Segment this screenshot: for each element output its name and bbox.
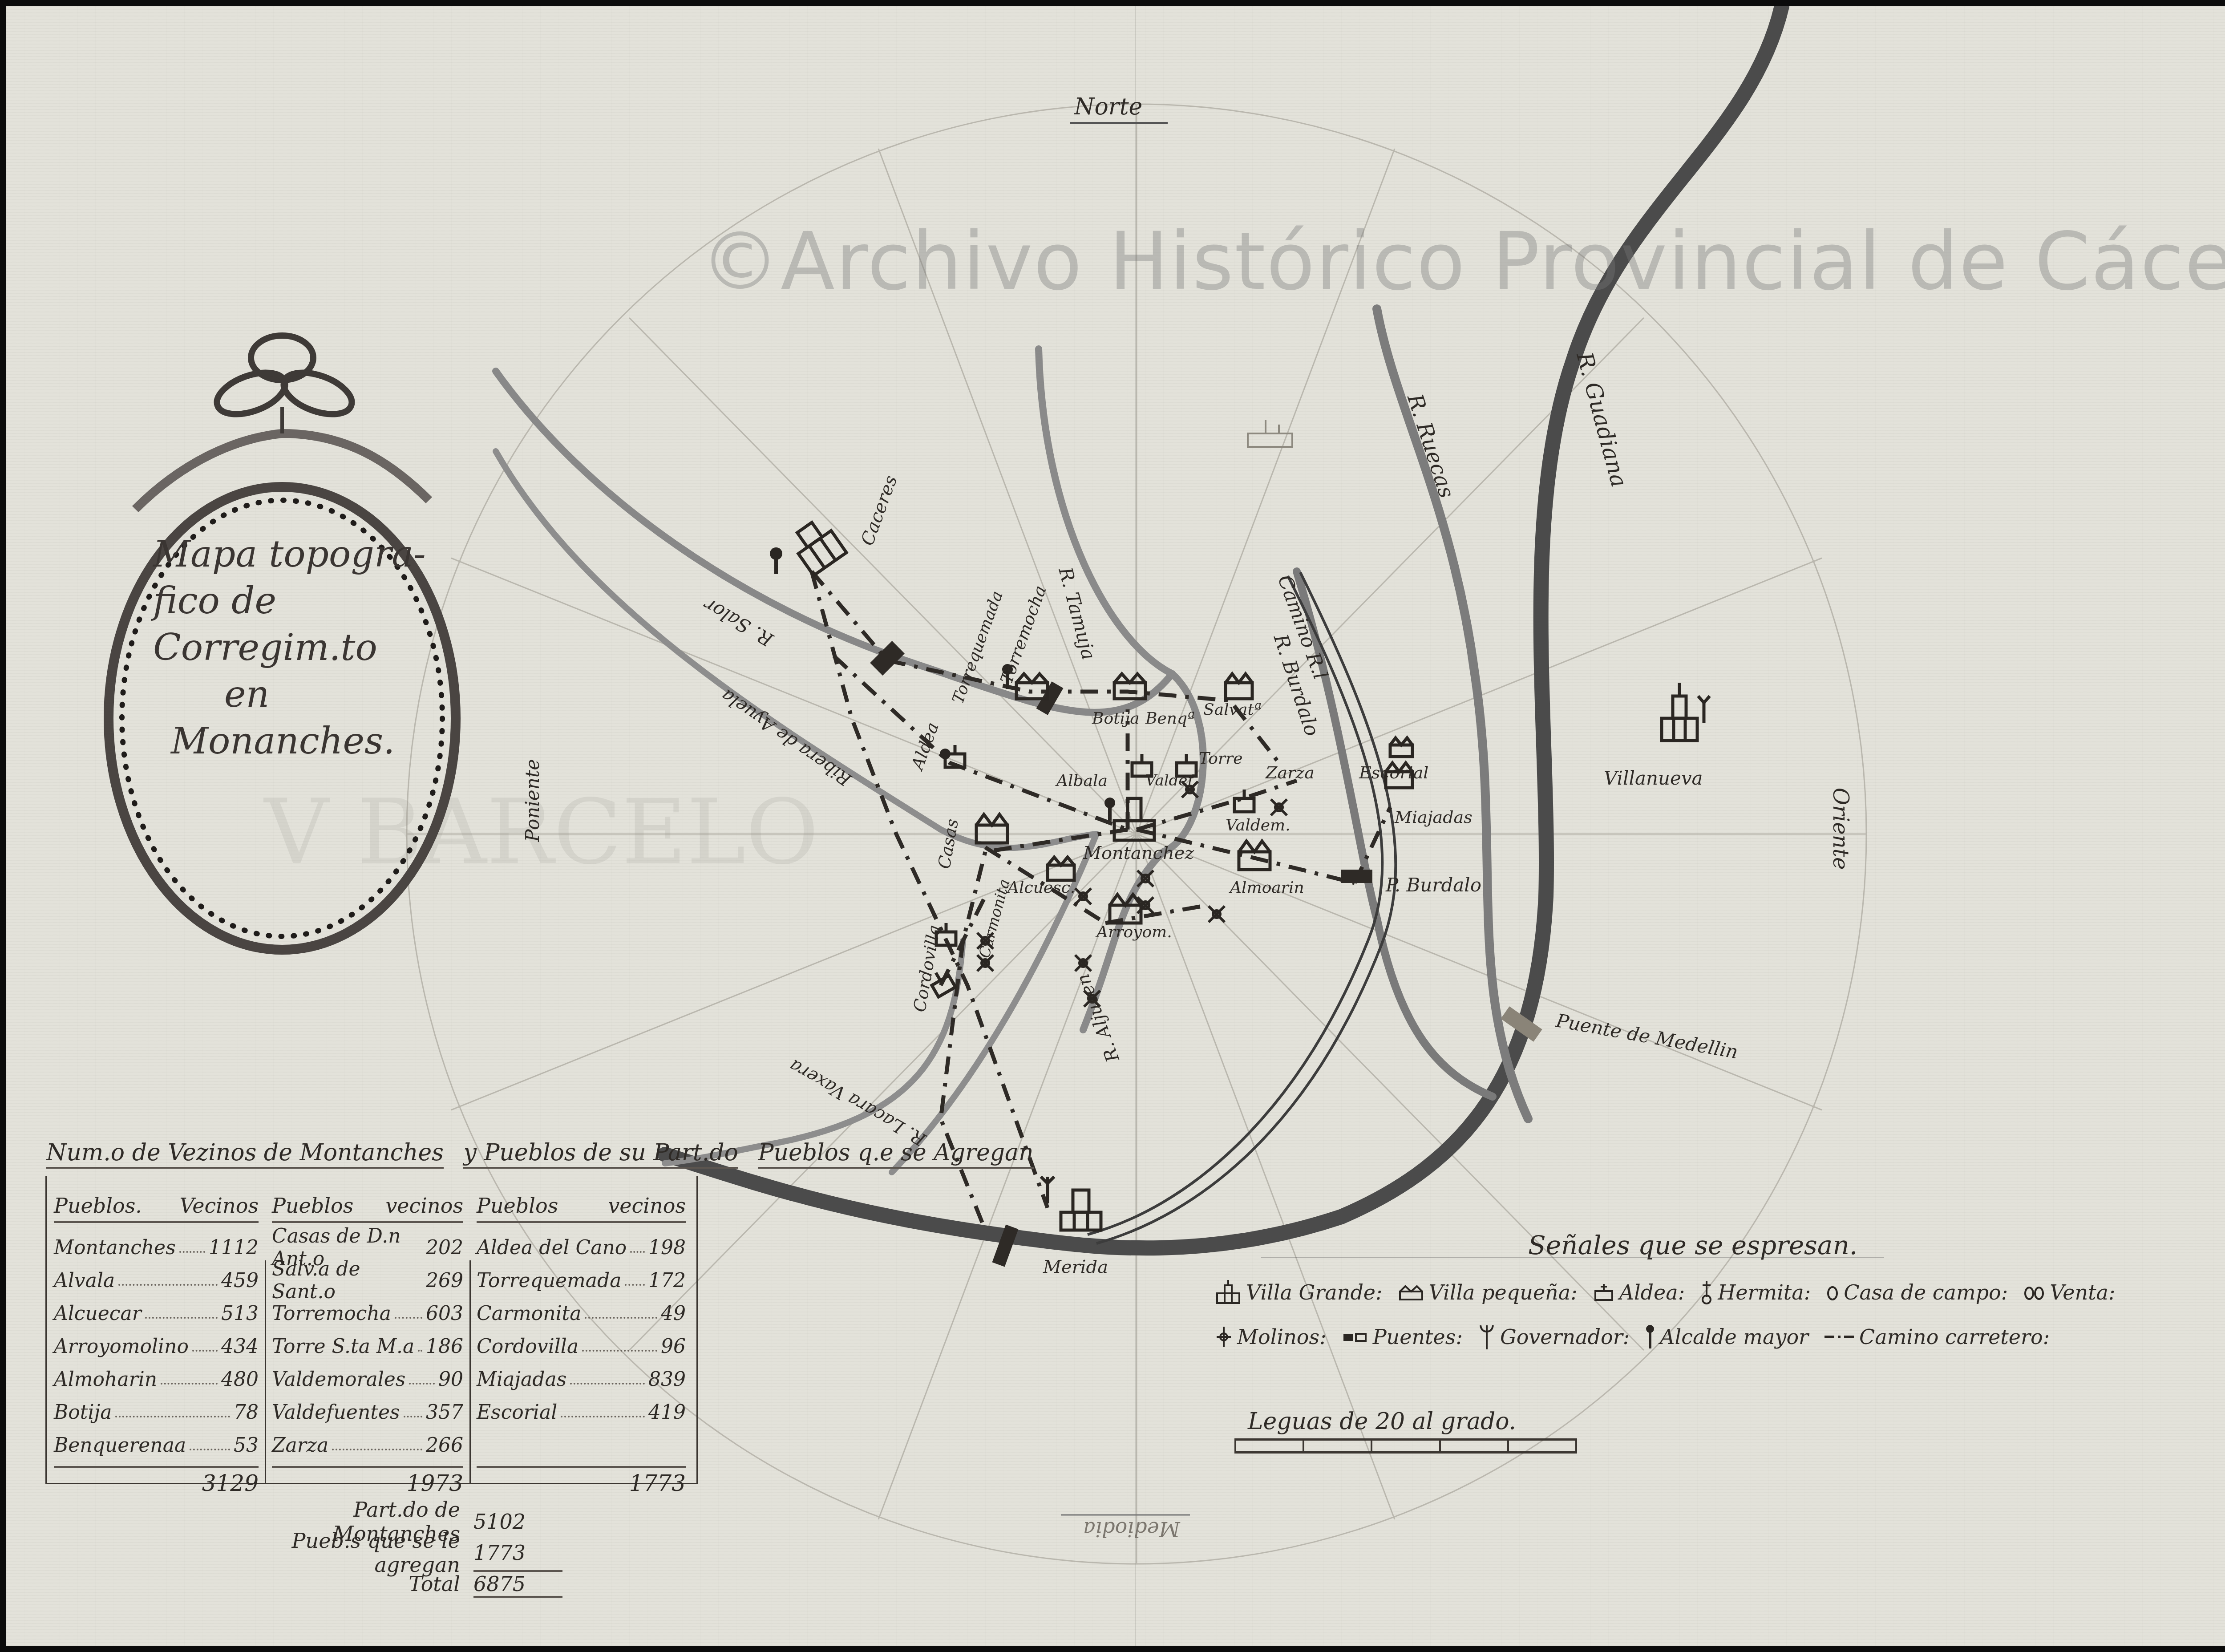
place-alcuescar: Alcuesc. bbox=[1007, 879, 1075, 897]
legend-title: Señales que se espresan. bbox=[1528, 1230, 1857, 1260]
row-value: 357 bbox=[426, 1401, 463, 1424]
summary-value: 1773 bbox=[473, 1541, 562, 1565]
molino-icon bbox=[1215, 1326, 1233, 1348]
row-name: Botija bbox=[54, 1401, 112, 1424]
heading-partido: y Pueblos de su Part.do bbox=[463, 1139, 738, 1169]
row-value: 480 bbox=[221, 1368, 259, 1391]
map-sheet: V BARCELO bbox=[6, 6, 2225, 1646]
row-value: 96 bbox=[661, 1335, 686, 1358]
header-vecinos: vecinos bbox=[385, 1194, 463, 1218]
place-benquerencia: Benqª bbox=[1145, 709, 1195, 728]
column-header: Pueblosvecinos bbox=[477, 1194, 686, 1223]
row-name: Salv.a de Sant.o bbox=[272, 1258, 419, 1303]
row-name: Aldea del Cano bbox=[477, 1236, 627, 1259]
heading-agregan: Pueblos q.e se Agregan bbox=[758, 1139, 1033, 1169]
row-value: 839 bbox=[648, 1368, 686, 1391]
legend-label: Villa Grande: bbox=[1246, 1280, 1383, 1304]
population-table: Pueblos.Vecinos Montanches1112 Alvala459… bbox=[45, 1176, 698, 1484]
heading-vecinos: Num.o de Vezinos de Montanches bbox=[46, 1139, 444, 1169]
row-value: 172 bbox=[648, 1269, 686, 1292]
table-row: Torre S.ta M.a186 bbox=[272, 1330, 463, 1363]
column-total: 1773 bbox=[477, 1466, 686, 1496]
row-name: Torrequemada bbox=[477, 1269, 621, 1292]
title-line-4: Monanches. bbox=[153, 718, 456, 765]
legend-item: Molinos: bbox=[1215, 1325, 1327, 1349]
table-row: Carmonita49 bbox=[477, 1297, 686, 1330]
row-value: 53 bbox=[234, 1434, 259, 1457]
row-name: Arroyomolino bbox=[54, 1335, 189, 1358]
row-value: 186 bbox=[426, 1335, 463, 1358]
compass-south: Mediodia bbox=[1083, 1517, 1180, 1541]
legend-item: Hermita: bbox=[1700, 1279, 1811, 1306]
compass-north: Norte bbox=[1074, 93, 1142, 120]
row-name: Montanches bbox=[54, 1236, 176, 1259]
table-row: Cordovilla96 bbox=[477, 1330, 686, 1363]
table-row: Aldea del Cano198 bbox=[477, 1231, 686, 1264]
table-row: Valdemorales90 bbox=[272, 1363, 463, 1396]
row-name: Torre S.ta M.a bbox=[272, 1335, 414, 1358]
legend-label: Casa de campo: bbox=[1844, 1280, 2008, 1304]
table-row: Escorial419 bbox=[477, 1396, 686, 1429]
scale-segment bbox=[1507, 1441, 1577, 1451]
scale-segment bbox=[1234, 1441, 1303, 1451]
table-row: Almoharin480 bbox=[54, 1363, 259, 1396]
row-name: Zarza bbox=[272, 1434, 328, 1457]
compass-east: Oriente bbox=[1828, 788, 1853, 870]
row-name: Miajadas bbox=[477, 1368, 566, 1391]
row-value: 513 bbox=[221, 1302, 259, 1325]
place-montanchez: Montanchez bbox=[1083, 843, 1194, 863]
legend-item: Alcalde mayor bbox=[1645, 1324, 1808, 1350]
casa-campo-icon bbox=[1826, 1284, 1839, 1301]
population-summary: Part.do de Montanches5102 Pueb.s que se … bbox=[264, 1506, 562, 1599]
legend-item: Camino carretero: bbox=[1824, 1325, 2050, 1349]
place-arroyomolinos: Arroyom. bbox=[1096, 923, 1172, 941]
place-puente-burdalo: P. Burdalo bbox=[1386, 874, 1481, 896]
legend-item: Governador: bbox=[1478, 1324, 1630, 1350]
table-row: Torremocha603 bbox=[272, 1297, 463, 1330]
row-value: 266 bbox=[426, 1434, 463, 1457]
legend-label: Governador: bbox=[1500, 1325, 1630, 1349]
scale-bar bbox=[1234, 1438, 1577, 1454]
summary-label: Pueb.s que se le agregan bbox=[264, 1529, 460, 1577]
legend-item: Villa Grande: bbox=[1215, 1279, 1383, 1306]
table-row: Botija78 bbox=[54, 1396, 259, 1429]
legend-item: Casa de campo: bbox=[1826, 1280, 2008, 1304]
place-escorial: Escorial bbox=[1359, 763, 1429, 782]
place-almoharin: Almoarin bbox=[1230, 879, 1304, 897]
table-row: Benquerenaa53 bbox=[54, 1429, 259, 1462]
table-row: Miajadas839 bbox=[477, 1363, 686, 1396]
legend-label: Aldea: bbox=[1619, 1280, 1685, 1304]
legend-item: Villa pequeña: bbox=[1398, 1280, 1578, 1304]
archive-watermark: ©Archivo Histórico Provincial de Cáceres bbox=[700, 215, 2225, 308]
table-column-montanches: Pueblos.Vecinos Montanches1112 Alvala459… bbox=[54, 1194, 259, 1496]
row-value: 49 bbox=[661, 1302, 686, 1325]
table-column-agregan: Pueblosvecinos Aldea del Cano198 Torrequ… bbox=[477, 1194, 686, 1496]
villa-pequena-icon bbox=[1398, 1284, 1424, 1301]
row-name: Alvala bbox=[54, 1269, 115, 1292]
title-line-3: en bbox=[153, 672, 456, 718]
column-divider bbox=[469, 1260, 471, 1483]
column-total: 1973 bbox=[272, 1466, 463, 1496]
row-value: 459 bbox=[221, 1269, 259, 1292]
scale-segment bbox=[1303, 1441, 1371, 1451]
venta-icon bbox=[2023, 1284, 2045, 1301]
place-valdemorales: Valdem. bbox=[1226, 816, 1290, 834]
map-title: Mapa topogra- fico de Corregim.to en Mon… bbox=[153, 531, 456, 765]
summary-row: Pueb.s que se le agregan1773 bbox=[264, 1537, 562, 1568]
row-value: 603 bbox=[426, 1302, 463, 1325]
legend-item: Puentes: bbox=[1342, 1325, 1463, 1349]
column-header: Pueblos.Vecinos bbox=[54, 1194, 259, 1223]
header-pueblos: Pueblos bbox=[272, 1194, 353, 1218]
legend-row-2: Molinos: Puentes: Governador: Alcalde ma… bbox=[1215, 1324, 2058, 1350]
place-merida: Merida bbox=[1043, 1257, 1108, 1277]
scale-segment bbox=[1371, 1441, 1439, 1451]
villa-grande-icon bbox=[1215, 1279, 1242, 1306]
table-row: Zarza266 bbox=[272, 1429, 463, 1462]
column-total: 3129 bbox=[54, 1466, 259, 1496]
legend-item: Venta: bbox=[2023, 1280, 2115, 1304]
row-name: Almoharin bbox=[54, 1368, 157, 1391]
place-albala: Albala bbox=[1056, 772, 1108, 790]
legend-label: Molinos: bbox=[1237, 1325, 1327, 1349]
header-vecinos: vecinos bbox=[608, 1194, 686, 1218]
place-miajadas: Miajadas bbox=[1395, 807, 1473, 827]
row-value: 434 bbox=[221, 1335, 259, 1358]
title-line-1: Mapa topogra- bbox=[153, 531, 456, 578]
row-name: Alcuecar bbox=[54, 1302, 142, 1325]
row-name: Carmonita bbox=[477, 1302, 581, 1325]
table-row: Valdefuentes357 bbox=[272, 1396, 463, 1429]
sketch-settlement bbox=[1248, 420, 1292, 447]
legend-label: Camino carretero: bbox=[1859, 1325, 2050, 1349]
legend-label: Venta: bbox=[2050, 1280, 2115, 1304]
place-zarza: Zarza bbox=[1266, 763, 1315, 782]
table-row: Alcuecar513 bbox=[54, 1297, 259, 1330]
table-row: Torrequemada172 bbox=[477, 1264, 686, 1297]
settlements bbox=[788, 516, 1710, 1230]
legend-label: Alcalde mayor bbox=[1660, 1325, 1808, 1349]
aldea-icon bbox=[1593, 1281, 1615, 1304]
row-value: 269 bbox=[426, 1269, 463, 1292]
summary-value: 5102 bbox=[473, 1510, 562, 1534]
compass-west: Poniente bbox=[522, 759, 543, 842]
place-botija: Botija bbox=[1092, 709, 1140, 728]
legend-item: Aldea: bbox=[1593, 1280, 1685, 1304]
table-row: Arroyomolino434 bbox=[54, 1330, 259, 1363]
place-salvatierra: Salvatª bbox=[1203, 700, 1262, 719]
legend-label: Puentes: bbox=[1373, 1325, 1463, 1349]
table-row: Salv.a de Sant.o269 bbox=[272, 1264, 463, 1297]
governador-icon bbox=[1478, 1324, 1496, 1350]
summary-row: Total6875 bbox=[264, 1568, 562, 1599]
row-value: 202 bbox=[426, 1236, 463, 1259]
row-value: 419 bbox=[648, 1401, 686, 1424]
scale-segment bbox=[1439, 1441, 1507, 1451]
table-row: Alvala459 bbox=[54, 1264, 259, 1297]
row-value: 78 bbox=[234, 1401, 259, 1424]
title-line-2: fico de Corregim.to bbox=[153, 578, 456, 672]
row-name: Benquerenaa bbox=[54, 1434, 186, 1457]
legend-row-1: Villa Grande: Villa pequeña: Aldea: Herm… bbox=[1215, 1279, 2124, 1306]
table-column-partido: Pueblosvecinos Casas de D.n Ant.o202 Sal… bbox=[272, 1194, 463, 1496]
table-row: Montanches1112 bbox=[54, 1231, 259, 1264]
row-name: Torremocha bbox=[272, 1302, 391, 1325]
row-name: Valdemorales bbox=[272, 1368, 405, 1391]
legend-label: Villa pequeña: bbox=[1429, 1280, 1578, 1304]
population-heading: Num.o de Vezinos de Montanches y Pueblos… bbox=[46, 1139, 1046, 1166]
row-name: Valdefuentes bbox=[272, 1401, 400, 1424]
header-vecinos: Vecinos bbox=[179, 1194, 259, 1218]
legend-label: Hermita: bbox=[1718, 1280, 1811, 1304]
ermita-icon bbox=[1700, 1279, 1713, 1306]
place-villanueva: Villanueva bbox=[1604, 767, 1703, 789]
row-value: 198 bbox=[648, 1236, 686, 1259]
column-divider bbox=[265, 1260, 266, 1483]
row-name: Escorial bbox=[477, 1401, 557, 1424]
place-torre: Torre bbox=[1199, 749, 1243, 768]
row-value: 90 bbox=[438, 1368, 463, 1391]
rivers bbox=[496, 6, 1782, 1248]
header-pueblos: Pueblos. bbox=[54, 1194, 142, 1218]
camino-icon bbox=[1824, 1332, 1855, 1341]
legend-rule bbox=[1261, 1257, 1884, 1258]
scale-label: Leguas de 20 al grado. bbox=[1248, 1408, 1516, 1435]
alcalde-icon bbox=[1645, 1324, 1655, 1350]
puente-icon bbox=[1342, 1330, 1368, 1344]
row-name: Cordovilla bbox=[477, 1335, 578, 1358]
summary-total-value: 6875 bbox=[473, 1570, 562, 1598]
place-valdefuentes: Valdef. bbox=[1145, 772, 1197, 790]
summary-label: Total bbox=[264, 1572, 460, 1596]
row-value: 1112 bbox=[209, 1236, 259, 1259]
header-pueblos: Pueblos bbox=[477, 1194, 558, 1218]
column-header: Pueblosvecinos bbox=[272, 1194, 463, 1223]
camino-real bbox=[1088, 572, 1396, 1243]
